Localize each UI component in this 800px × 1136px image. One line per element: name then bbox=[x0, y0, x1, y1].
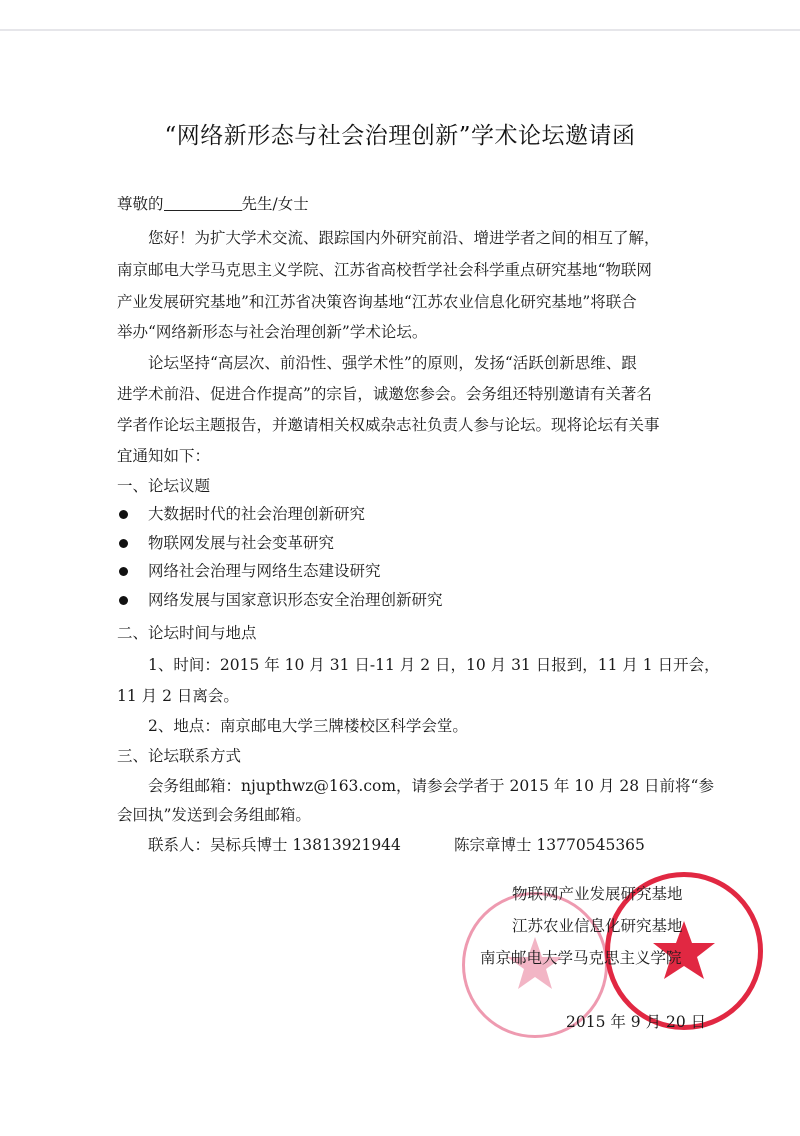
place-line: 2、地点：南京邮电大学三牌楼校区科学会堂。 bbox=[148, 714, 468, 736]
section1-heading: 一、论坛议题 bbox=[117, 474, 210, 496]
signature-date: 2015 年 9 月 20 日 bbox=[566, 1010, 706, 1032]
topic-item: 物联网发展与社会变革研究 bbox=[148, 531, 334, 553]
purpose-line: 宜通知如下： bbox=[117, 444, 210, 466]
intro-line: 产业发展研究基地”和江苏省决策咨询基地“江苏农业信息化研究基地”将联合 bbox=[117, 290, 637, 312]
purpose-line: 学者作论坛主题报告，并邀请相关权威杂志社负责人参与论坛。现将论坛有关事 bbox=[117, 413, 660, 435]
document-title: “网络新形态与社会治理创新”学术论坛邀请函 bbox=[0, 117, 800, 150]
section2-heading: 二、论坛时间与地点 bbox=[117, 621, 257, 643]
signature-org-2: 江苏农业信息化研究基地 bbox=[512, 914, 683, 936]
signature-org-1: 物联网产业发展研究基地 bbox=[512, 882, 683, 904]
scan-artifact-line bbox=[0, 29, 800, 31]
intro-line: 您好！为扩大学术交流、跟踪国内外研究前沿、增进学者之间的相互了解， bbox=[148, 226, 660, 248]
topic-item: 网络发展与国家意识形态安全治理创新研究 bbox=[148, 588, 443, 610]
salutation: 尊敬的先生/女士 bbox=[117, 192, 309, 214]
purpose-line: 进学术前沿、促进合作提高”的宗旨，诚邀您参会。会务组还特别邀请有关著名 bbox=[117, 382, 652, 404]
time-line-cont: 11 月 2 日离会。 bbox=[117, 684, 239, 706]
time-line: 1、时间：2015 年 10 月 31 日-11 月 2 日，10 月 31 日… bbox=[148, 653, 720, 675]
intro-line: 南京邮电大学马克思主义学院、江苏省高校哲学社会科学重点研究基地“物联网 bbox=[117, 258, 652, 280]
bullet-icon bbox=[119, 596, 128, 605]
signature-org-3: 南京邮电大学马克思主义学院 bbox=[480, 946, 682, 968]
bullet-icon bbox=[119, 539, 128, 548]
section3-heading: 三、论坛联系方式 bbox=[117, 744, 241, 766]
email-line: 会务组邮箱：njupthwz@163.com，请参会学者于 2015 年 10 … bbox=[148, 774, 714, 796]
topic-item: 大数据时代的社会治理创新研究 bbox=[148, 502, 365, 524]
name-blank bbox=[164, 196, 242, 211]
bullet-icon bbox=[119, 510, 128, 519]
contact-2: 陈宗章博士 13770545365 bbox=[454, 833, 645, 855]
topic-item: 网络社会治理与网络生态建设研究 bbox=[148, 559, 381, 581]
email-line-cont: 会回执”发送到会务组邮箱。 bbox=[117, 803, 311, 825]
purpose-line: 论坛坚持“高层次、前沿性、强学术性”的原则，发扬“活跃创新思维、跟 bbox=[148, 351, 637, 373]
salutation-prefix: 尊敬的 bbox=[117, 195, 164, 213]
salutation-suffix: 先生/女士 bbox=[242, 195, 309, 213]
bullet-icon bbox=[119, 567, 128, 576]
intro-line: 举办“网络新形态与社会治理创新”学术论坛。 bbox=[117, 320, 427, 342]
contact-1: 联系人：吴标兵博士 13813921944 bbox=[148, 833, 401, 855]
